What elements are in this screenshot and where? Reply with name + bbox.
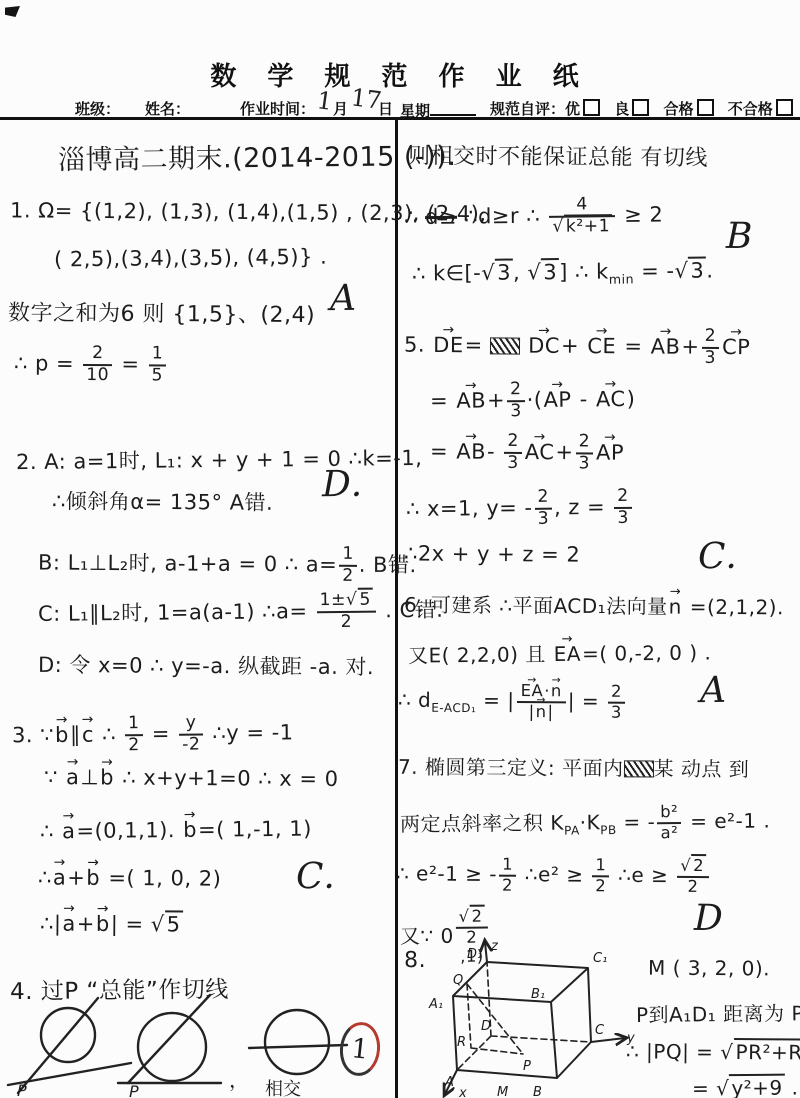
- problem8-cube-diagram: z D₁ C₁ Q B₁ A₁ R D P C y A x M B: [425, 938, 640, 1098]
- right-line-4: ∴ k∈[-√3, √3] ∴ kmin = -√3.: [412, 258, 714, 288]
- answer-2: D.: [322, 464, 363, 505]
- eval-options: 优 良 合格 不合格: [565, 98, 800, 119]
- p8-vertex-A-label: A: [444, 1075, 454, 1090]
- checkbox-pass: [697, 99, 714, 116]
- left-line-8: ∴倾斜角α= 135° A错.: [52, 485, 273, 517]
- right-line-15: 7. 椭圆第三定义: 平面内某 动点 到: [398, 751, 749, 782]
- answer-6: A: [700, 670, 727, 711]
- p8-point-P-label: P: [523, 1059, 531, 1074]
- right-line-16: 两定点斜率之积 KPA·KPB = -b²a² = e²-1 .: [400, 802, 771, 846]
- handwritten-month: 1: [315, 86, 334, 116]
- p8-axis-x-label: x: [458, 1086, 467, 1098]
- eval-option-label: 优: [565, 100, 580, 118]
- right-line-17: ∴ e²-1 ≥ -12 ∴e² ≥ 12 ∴e ≥ √22: [396, 855, 711, 897]
- eval-option-fail: 不合格: [728, 100, 793, 118]
- p8-vertex-D-label: D: [481, 1019, 491, 1034]
- homework-sheet-scan: 数 学 规 范 作 业 纸 班级： 姓名： 作业时间： 1 月 17 日 星期 …: [0, 0, 800, 1098]
- left-line-18: ∴|a+b| = √5: [40, 912, 183, 937]
- right-line-7: = AB- 23AC+23AP: [430, 431, 625, 474]
- p8-vertex-A1-label: A₁: [428, 997, 443, 1012]
- sheet-title: 数 学 规 范 作 业 纸: [0, 56, 800, 93]
- p8-vertex-C1-label: C₁: [593, 951, 607, 966]
- p4-comma: ，: [229, 1068, 249, 1092]
- checkbox-excellent: [583, 99, 600, 116]
- p4-point-p1-label: P: [17, 1081, 27, 1098]
- left-line-3: ( 2,5),(3,4),(3,5), (4,5)} .: [54, 245, 327, 272]
- p8-vertex-B1-label: B₁: [531, 987, 545, 1002]
- weekday-blank: [430, 98, 476, 116]
- header-divider-line: [0, 117, 800, 120]
- p8-vertex-B-label: B: [533, 1085, 542, 1098]
- p8-axis-y-label: y: [626, 1031, 635, 1046]
- answer-7: D: [694, 898, 724, 939]
- month-suffix: 月: [333, 98, 348, 119]
- p8-vertex-C-label: C: [595, 1023, 605, 1038]
- left-line-4: 数字之和为6 则 {1,5}、(2,4): [8, 296, 315, 329]
- right-line-21: M ( 3, 2, 0).: [648, 956, 770, 981]
- eval-option-label: 良: [614, 100, 629, 118]
- name-label: 姓名：: [145, 98, 190, 119]
- header-fields: 班级： 姓名： 作业时间： 1 月 17 日 星期 规范自评： 优 良 合格 不…: [0, 95, 800, 125]
- p4-point-p2-label: P: [129, 1082, 139, 1098]
- p8-axis-z-label: z: [490, 939, 499, 954]
- right-line-5: 5. DE= DC+ CE = AB+23CP: [404, 325, 752, 369]
- right-line-23: ∴ |PQ| = √PR²+RQ²: [626, 1039, 800, 1064]
- left-line-11: C: L₁∥L₂时, 1=a(a-1) ∴a= 1±√52 . C错.: [38, 590, 444, 636]
- left-line-10: B: L₁⊥L₂时, a-1+a = 0 ∴ a=12. B错.: [38, 543, 417, 587]
- eval-label: 规范自评：: [490, 98, 565, 119]
- answer-1: A: [330, 278, 357, 319]
- eval-option-label: 合格: [664, 100, 694, 118]
- checkbox-fail: [776, 99, 793, 116]
- left-line-16: ∴a+b =( 1, 0, 2): [38, 865, 221, 890]
- right-line-8: ∴ x=1, y= -23, z = 23: [406, 487, 634, 531]
- right-line-1: 则相交时不能保证总能 有切线: [408, 139, 708, 172]
- p8-vertex-D1-label: D₁: [467, 947, 482, 962]
- eval-option-pass: 合格: [664, 100, 714, 118]
- right-line-20: 8.: [404, 948, 426, 973]
- answer-5: C.: [698, 536, 738, 577]
- p8-point-Q-label: Q: [453, 973, 463, 988]
- scan-artifact-mark: [5, 6, 20, 17]
- answer-3: C.: [296, 856, 336, 897]
- right-line-24: = √y²+9 .: [692, 1075, 799, 1098]
- right-line-9: ∴2x + y + z = 2: [404, 541, 580, 566]
- left-line-6: ∴ p = 210 = 15: [14, 343, 168, 386]
- right-line-11: 6. 可建系 ∴平面ACD₁法向量n =(2,1,2).: [404, 589, 784, 621]
- p8-point-R-label: R: [457, 1035, 466, 1050]
- problem4-circle-diagrams: P P ， 相交: [5, 995, 350, 1098]
- eval-option-label: 不合格: [728, 100, 773, 118]
- p8-point-M-label: M: [497, 1085, 508, 1098]
- checkbox-good: [632, 99, 649, 116]
- left-line-12: D: 令 x=0 ∴ y=-a. 纵截距 -a. 对.: [38, 649, 374, 681]
- time-label: 作业时间：: [240, 98, 315, 119]
- right-line-12: 又E( 2,2,0) 且 EA=( 0,-2, 0 ) .: [408, 636, 712, 668]
- right-line-13: ∴ dE-ACD₁ = |EA·n|n|| = 23: [398, 681, 627, 722]
- day-suffix: 日: [378, 98, 393, 119]
- eval-option-excellent: 优: [565, 100, 600, 118]
- p4-intersect-label: 相交: [265, 1079, 301, 1098]
- left-line-14: ∵ a⊥b ∴ x+y+1=0 ∴ x = 0: [44, 765, 339, 791]
- right-line-2: ∴ d≥ ∴d≥r ∴ 4√k²+1 ≥ 2: [404, 195, 664, 239]
- class-label: 班级：: [75, 98, 120, 119]
- left-line-15: ∴ a=(0,1,1). b=( 1,-1, 1): [40, 817, 312, 844]
- left-line-13: 3. ∵b∥c ∴ 12 = y-2 ∴y = -1: [12, 713, 294, 758]
- eval-option-good: 良: [614, 100, 649, 118]
- answer-4: B: [726, 216, 754, 257]
- exam-heading: 淄博高二期末.(2014-2015 (-)).: [58, 134, 457, 177]
- right-line-6: = AB+23·(AP - AC): [430, 379, 636, 423]
- right-line-22: P到A₁D₁ 距离为 PQ: [636, 997, 800, 1028]
